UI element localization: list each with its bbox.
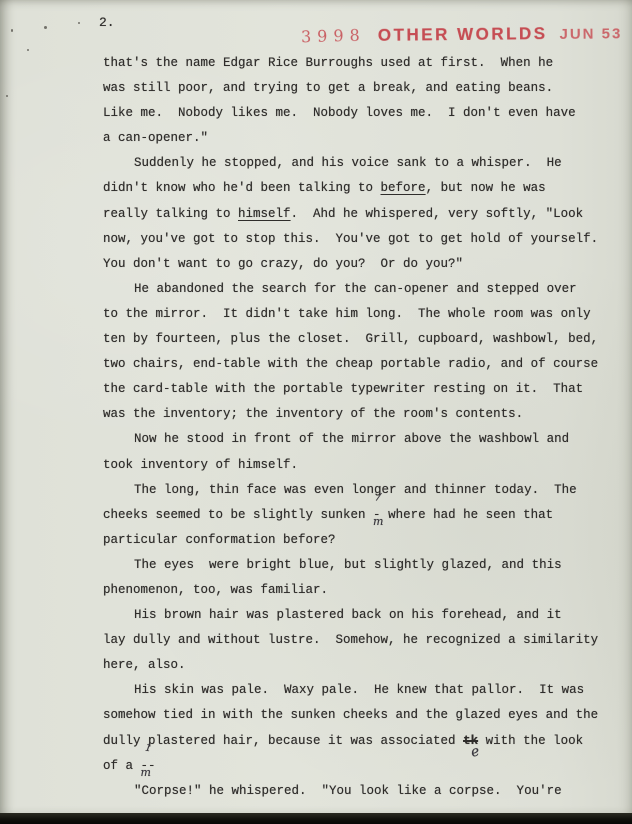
stamp-accession-number: 3998 bbox=[301, 25, 366, 46]
paper-speck bbox=[44, 26, 47, 29]
typed-text: that's the name Edgar Rice Burroughs use… bbox=[103, 56, 553, 70]
typed-line: of a --1m bbox=[103, 754, 613, 779]
typed-line: really talking to himself. Ahd he whispe… bbox=[103, 202, 613, 227]
typed-text: . Ahd he whispered, very softly, "Look bbox=[291, 207, 584, 221]
stamp-magazine-title: OTHER WORLDS bbox=[378, 24, 548, 46]
typed-text: You don't want to go crazy, do you? Or d… bbox=[103, 257, 463, 271]
typed-line: dully plastered hair, because it was ass… bbox=[103, 729, 613, 754]
typed-line: The eyes were bright blue, but slightly … bbox=[103, 553, 613, 578]
typed-line: was the inventory; the inventory of the … bbox=[103, 402, 613, 427]
typed-line: cheeks seemed to be slightly sunken -/m … bbox=[103, 503, 613, 528]
typed-text: now, you've got to stop this. You've got… bbox=[103, 232, 598, 246]
typed-text: Now he stood in front of the mirror abov… bbox=[134, 432, 569, 446]
typed-text: where had he seen that bbox=[381, 508, 554, 522]
handwritten-mark-below: m bbox=[141, 767, 151, 778]
paper-speck bbox=[11, 29, 13, 32]
typed-text: The long, thin face was even longer and … bbox=[134, 483, 577, 497]
paper-speck bbox=[78, 22, 80, 24]
typed-text: Like me. Nobody likes me. Nobody loves m… bbox=[103, 106, 576, 120]
typed-line: didn't know who he'd been talking to bef… bbox=[103, 176, 613, 201]
underlined-word: himself bbox=[238, 207, 291, 221]
ownership-stamp: 3998 OTHER WORLDS JUN 53 bbox=[301, 23, 623, 46]
typed-line: lay dully and without lustre. Somehow, h… bbox=[103, 628, 613, 653]
typed-line: Suddenly he stopped, and his voice sank … bbox=[103, 151, 613, 176]
typed-line: now, you've got to stop this. You've got… bbox=[103, 227, 613, 252]
typed-line: somehow tied in with the sunken cheeks a… bbox=[103, 703, 613, 728]
typed-text: of a bbox=[103, 759, 141, 773]
typed-line: His skin was pale. Waxy pale. He knew th… bbox=[103, 678, 613, 703]
typed-text: the card-table with the portable typewri… bbox=[103, 382, 583, 396]
typed-line: that's the name Edgar Rice Burroughs use… bbox=[103, 51, 613, 76]
typed-text: with the look bbox=[478, 734, 583, 748]
typed-text: "Corpse!" he whispered. "You look like a… bbox=[134, 784, 562, 798]
typed-line: You don't want to go crazy, do you? Or d… bbox=[103, 252, 613, 277]
typed-text: was the inventory; the inventory of the … bbox=[103, 407, 523, 421]
em-dash-editorial-mark: -/m bbox=[373, 503, 381, 528]
scan-bottom-edge bbox=[0, 813, 632, 824]
page-number: 2. bbox=[99, 15, 115, 30]
typed-line: Like me. Nobody likes me. Nobody loves m… bbox=[103, 101, 613, 126]
typed-line: The long, thin face was even longer and … bbox=[103, 478, 613, 503]
typed-line: His brown hair was plastered back on his… bbox=[103, 603, 613, 628]
typed-line: a can-opener." bbox=[103, 126, 613, 151]
typed-text: took inventory of himself. bbox=[103, 458, 298, 472]
typed-text: didn't know who he'd been talking to bbox=[103, 181, 381, 195]
handwritten-mark-above: 1 bbox=[144, 743, 152, 754]
typed-line: phenomenon, too, was familiar. bbox=[103, 578, 613, 603]
typed-line: was still poor, and trying to get a brea… bbox=[103, 76, 613, 101]
typed-text: ten by fourteen, plus the closet. Grill,… bbox=[103, 332, 598, 346]
typed-line: two chairs, end-table with the cheap por… bbox=[103, 352, 613, 377]
typed-line: "Corpse!" he whispered. "You look like a… bbox=[103, 779, 613, 804]
typed-text: a can-opener." bbox=[103, 131, 208, 145]
paper-speck bbox=[27, 49, 29, 51]
typed-text-block: that's the name Edgar Rice Burroughs use… bbox=[103, 51, 613, 804]
typed-text: Suddenly he stopped, and his voice sank … bbox=[134, 156, 562, 170]
typed-text: to the mirror. It didn't take him long. … bbox=[103, 307, 591, 321]
typed-line: He abandoned the search for the can-open… bbox=[103, 277, 613, 302]
typed-line: to the mirror. It didn't take him long. … bbox=[103, 302, 613, 327]
typed-text: really talking to bbox=[103, 207, 238, 221]
stamp-issue-date: JUN 53 bbox=[559, 25, 622, 43]
typed-line: took inventory of himself. bbox=[103, 453, 613, 478]
typed-text: He abandoned the search for the can-open… bbox=[134, 282, 577, 296]
underlined-word: before bbox=[381, 181, 426, 195]
typed-text: The eyes were bright blue, but slightly … bbox=[134, 558, 562, 572]
typed-text: cheeks seemed to be slightly sunken bbox=[103, 508, 373, 522]
typed-line: particular conformation before? bbox=[103, 528, 613, 553]
typed-text: particular conformation before? bbox=[103, 533, 336, 547]
typed-text: here, also. bbox=[103, 658, 186, 672]
typed-text: two chairs, end-table with the cheap por… bbox=[103, 357, 598, 371]
typed-line: here, also. bbox=[103, 653, 613, 678]
typed-text: phenomenon, too, was familiar. bbox=[103, 583, 328, 597]
typed-line: Now he stood in front of the mirror abov… bbox=[103, 427, 613, 452]
paper-speck bbox=[6, 95, 8, 97]
typed-line: the card-table with the portable typewri… bbox=[103, 377, 613, 402]
typed-text: , but now he was bbox=[426, 181, 546, 195]
typed-text: somehow tied in with the sunken cheeks a… bbox=[103, 708, 598, 722]
typed-text: was still poor, and trying to get a brea… bbox=[103, 81, 553, 95]
em-dash-editorial-mark: --1m bbox=[141, 754, 156, 779]
typed-text: dully plastered hair, because it was ass… bbox=[103, 734, 463, 748]
struck-out-typo: tke bbox=[463, 734, 478, 748]
manuscript-page: 2. 3998 OTHER WORLDS JUN 53 that's the n… bbox=[0, 0, 632, 813]
typed-text: His skin was pale. Waxy pale. He knew th… bbox=[134, 683, 584, 697]
typed-text: His brown hair was plastered back on his… bbox=[134, 608, 562, 622]
typed-line: ten by fourteen, plus the closet. Grill,… bbox=[103, 327, 613, 352]
typed-text: lay dully and without lustre. Somehow, h… bbox=[103, 633, 598, 647]
handwritten-mark-below: m bbox=[373, 516, 383, 527]
